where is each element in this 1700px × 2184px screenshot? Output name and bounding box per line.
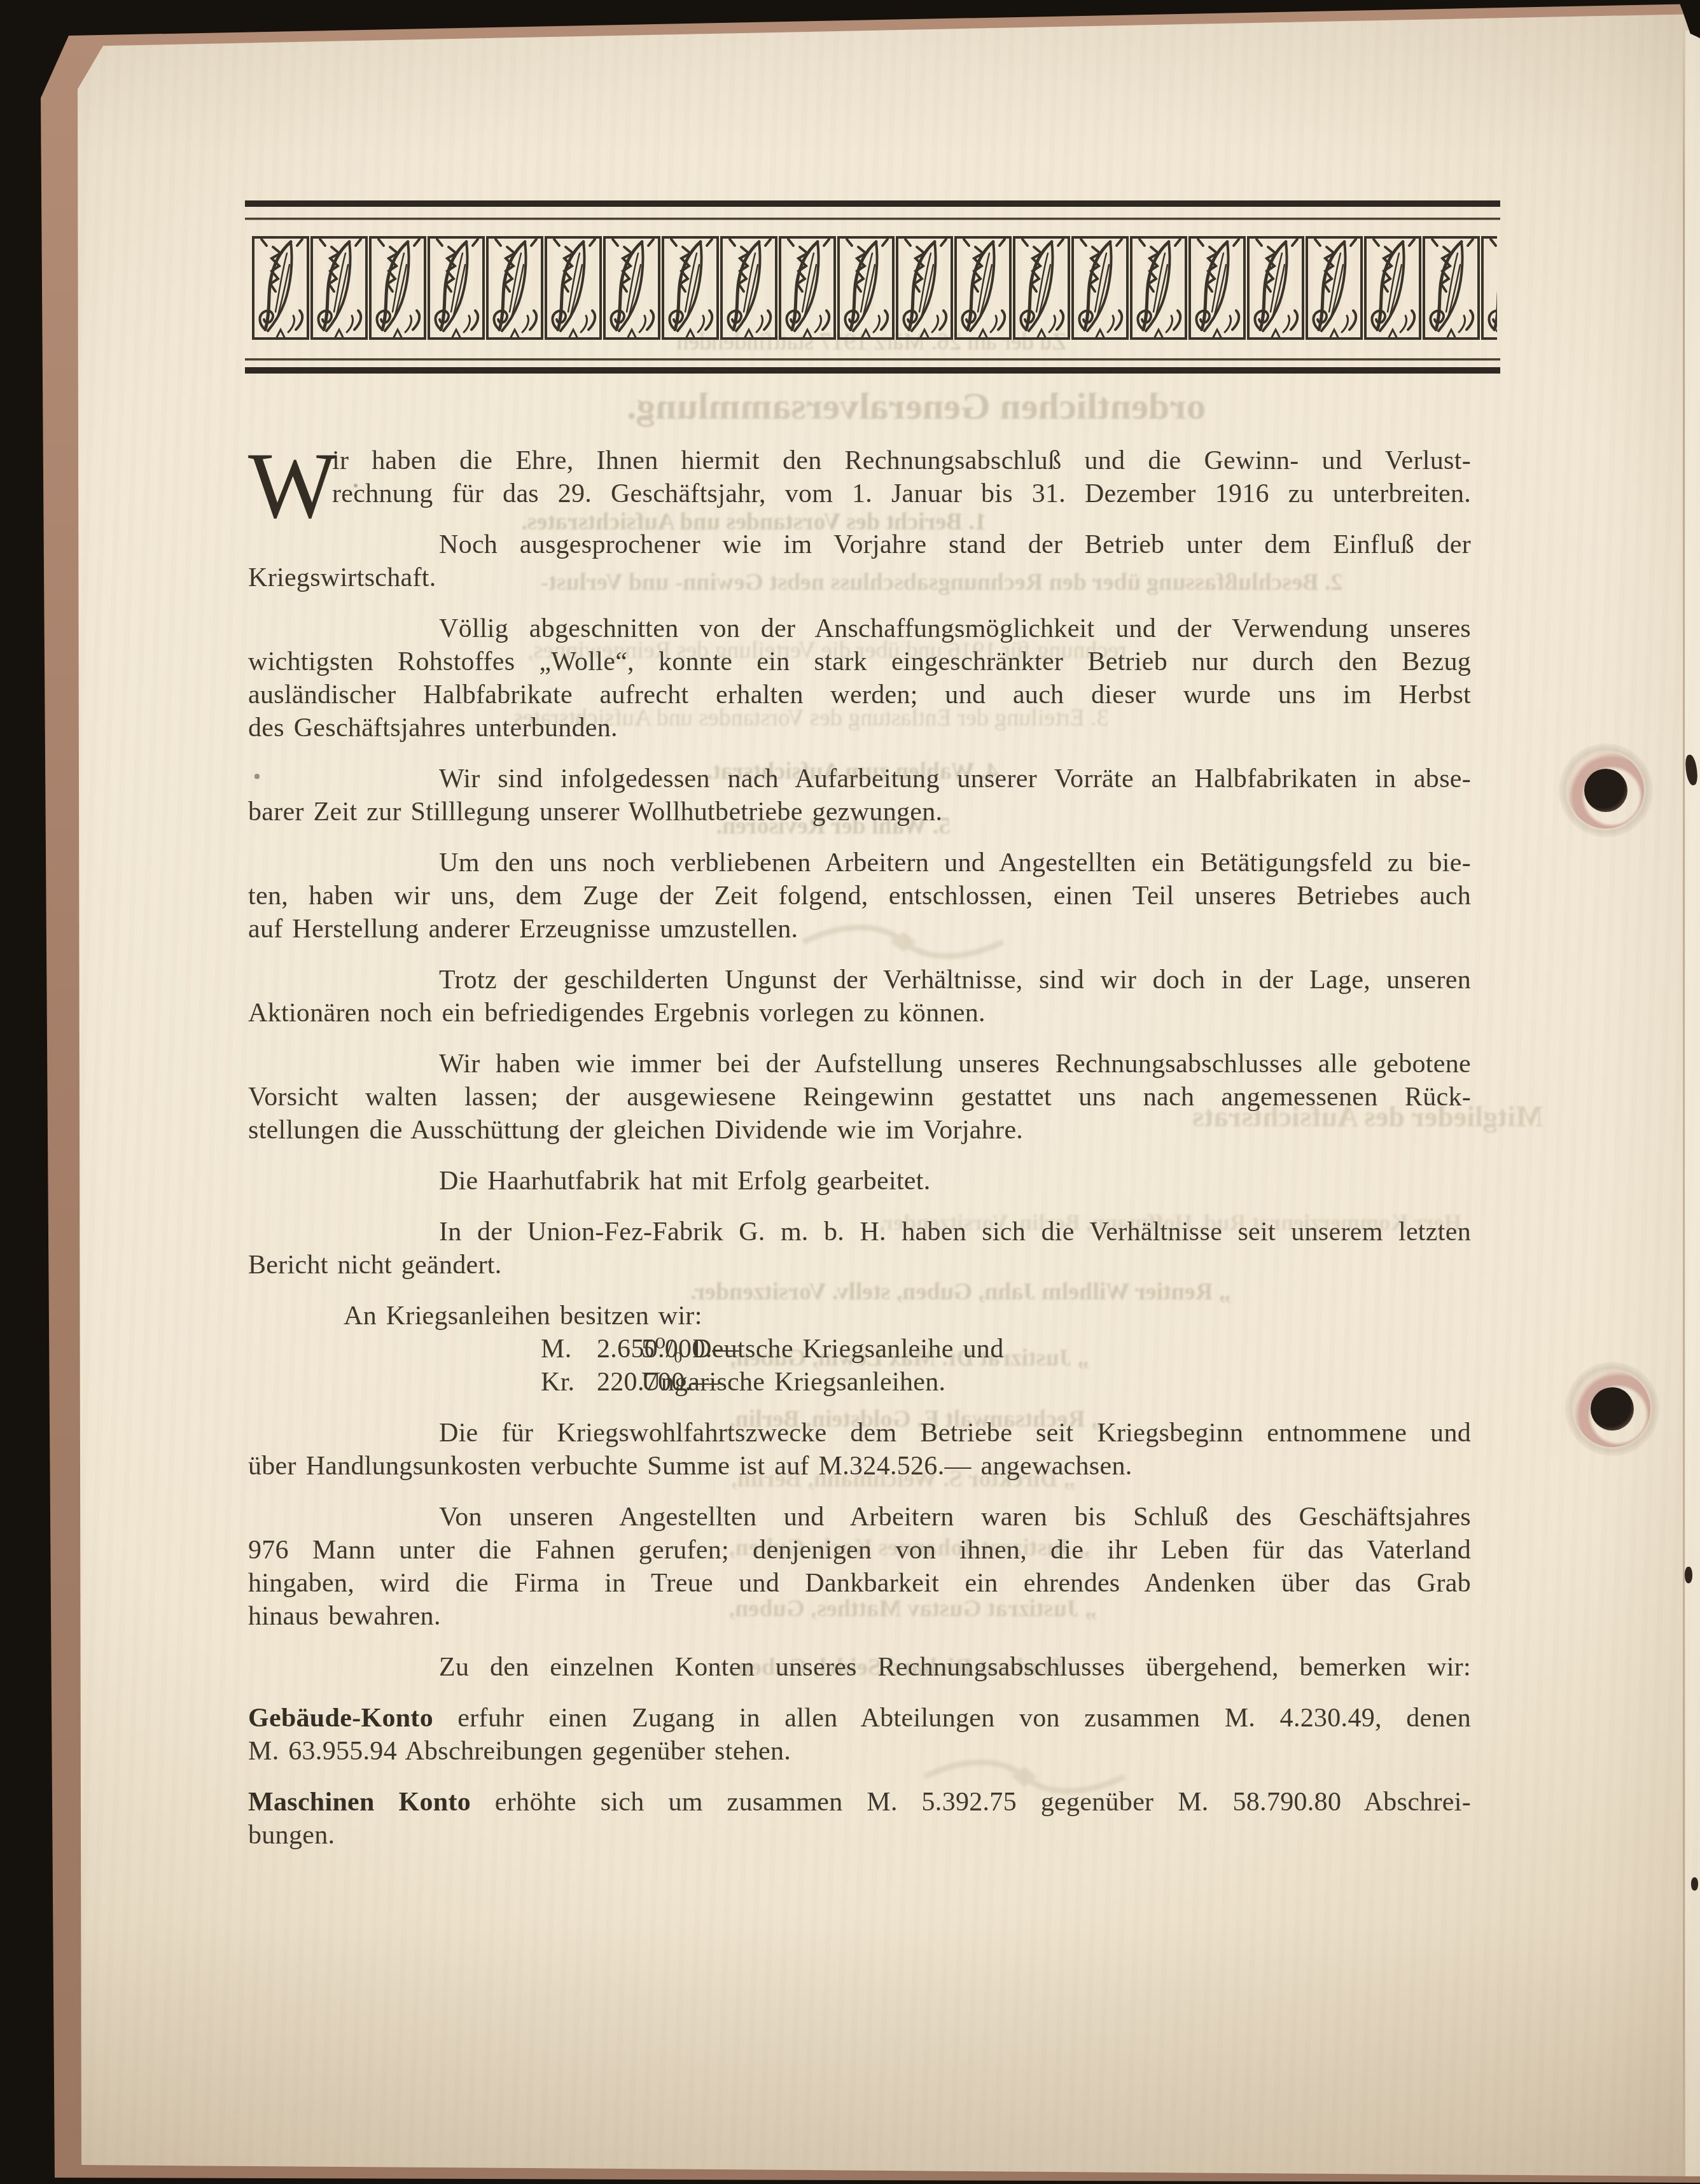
text-segment: Zu den einzelnen Konten unseres Rechnung…: [439, 1653, 1471, 1682]
text-line: barer Zeit zur Stilllegung unserer Wollh…: [248, 795, 1471, 829]
text-line: M.2.650.000.—5⁰/₀ Deutsche Kriegsanleihe…: [248, 1333, 1471, 1366]
account-name: Gebäude-Konto: [248, 1704, 433, 1733]
text-segment: Ungarische Kriegsanleihen.: [641, 1368, 945, 1397]
text-segment: wichtigsten Rohstoffes „Wolle“, konnte e…: [248, 647, 1471, 676]
paragraph: Um den uns noch verbliebenen Arbeitern u…: [248, 846, 1471, 946]
paragraph: Völlig abgeschnitten von der Anschaffung…: [248, 612, 1471, 745]
text-segment: des Geschäftsjahres unterbunden.: [248, 713, 618, 743]
text-line: des Geschäftsjahres unterbunden.: [248, 711, 1471, 745]
paragraph: Wir sind infolgedessen nach Aufarbeitung…: [248, 762, 1471, 829]
text-line: Die Haarhutfabrik hat mit Erfolg gearbei…: [248, 1165, 1471, 1198]
text-line: M. 63.955.94 Abschreibungen gegenüber st…: [248, 1735, 1471, 1768]
punch-hole-bottom: [1582, 1378, 1643, 1439]
text-line: Kriegswirtschaft.: [248, 561, 1471, 594]
text-line: Noch ausgesprochener wie im Vorjahre sta…: [248, 528, 1471, 561]
paragraph: An Kriegsanleihen besitzen wir:M.2.650.0…: [248, 1299, 1471, 1399]
account-name: Maschinen Konto: [248, 1788, 471, 1817]
text-line: ir haben die Ehre, Ihnen hiermit den Rec…: [332, 444, 1471, 477]
text-segment: Trotz der geschilderten Ungunst der Verh…: [439, 965, 1471, 995]
text-line: Maschinen Konto erhöhte sich um zusammen…: [248, 1786, 1471, 1819]
text-segment: 2.650.000.—: [450, 1333, 641, 1366]
paragraph: In der Union-Fez-Fabrik G. m. b. H. habe…: [248, 1215, 1471, 1282]
text-line: Zu den einzelnen Konten unseres Rechnung…: [248, 1651, 1471, 1684]
text-line: ten, haben wir uns, dem Zuge der Zeit fo…: [248, 879, 1471, 913]
text-segment: Kriegswirtschaft.: [248, 563, 436, 592]
text-segment: Wir sind infolgedessen nach Aufarbeitung…: [439, 764, 1471, 794]
text-segment: M.: [394, 1333, 450, 1366]
paragraph: Die für Kriegswohlfahrtszwecke dem Betri…: [248, 1417, 1471, 1483]
text-line: über Handlungsunkosten verbuchte Summe i…: [248, 1450, 1471, 1483]
text-segment: Aktionären noch ein befriedigendes Ergeb…: [248, 998, 986, 1028]
text-line: bungen.: [248, 1819, 1471, 1852]
text-segment: Von unseren Angestellten und Arbeitern w…: [439, 1502, 1471, 1532]
text-line: Vorsicht walten lassen; der ausgewiesene…: [248, 1081, 1471, 1114]
text-line: ausländischer Halbfabrikate aufrecht erh…: [248, 678, 1471, 711]
text-segment: 5⁰/₀ Deutsche Kriegsanleihe und: [641, 1334, 1003, 1364]
text-line: Kr.220.700.—Ungarische Kriegsanleihen.: [248, 1366, 1471, 1399]
text-line: stellungen die Ausschüttung der gleichen…: [248, 1114, 1471, 1147]
text-line: Wir haben wie immer bei der Aufstellung …: [248, 1047, 1471, 1081]
text-segment: ten, haben wir uns, dem Zuge der Zeit fo…: [248, 881, 1471, 911]
text-line: hinaus bewahren.: [248, 1600, 1471, 1633]
text-segment: M. 63.955.94 Abschreibungen gegenüber st…: [248, 1737, 791, 1766]
paragraph: Trotz der geschilderten Ungunst der Verh…: [248, 963, 1471, 1030]
text-line: An Kriegsanleihen besitzen wir:: [248, 1299, 1471, 1333]
text-segment: Vorsicht walten lassen; der ausgewiesene…: [248, 1082, 1471, 1112]
text-line: 976 Mann unter die Fahnen gerufen; denje…: [248, 1534, 1471, 1567]
ink-speck: [354, 484, 358, 487]
edge-mark: [1691, 1877, 1698, 1891]
text-segment: ausländischer Halbfabrikate aufrecht erh…: [248, 680, 1471, 710]
text-segment: Um den uns noch verbliebenen Arbeitern u…: [439, 848, 1471, 878]
text-line: rechnung für das 29. Geschäftsjahr, vom …: [332, 477, 1471, 510]
text-segment: 976 Mann unter die Fahnen gerufen; denje…: [248, 1536, 1471, 1565]
document-page: Zu der am 26. März 1917 stattfindendenor…: [0, 0, 1700, 2184]
punch-hole-top: [1575, 760, 1636, 821]
text-segment: 220.700.—: [450, 1366, 641, 1399]
text-segment: Kr.: [394, 1366, 450, 1399]
text-line: Völlig abgeschnitten von der Anschaffung…: [248, 612, 1471, 645]
text-line: wichtigsten Rohstoffes „Wolle“, konnte e…: [248, 645, 1471, 678]
paragraph: Gebäude-Konto erfuhr einen Zugang in all…: [248, 1702, 1471, 1768]
text-segment: hingaben, wird die Firma in Treue und Da…: [248, 1569, 1471, 1598]
text-line: hingaben, wird die Firma in Treue und Da…: [248, 1567, 1471, 1600]
text-segment: rechnung für das 29. Geschäftsjahr, vom …: [332, 479, 1471, 508]
text-segment: Wir haben wie immer bei der Aufstellung …: [439, 1049, 1471, 1079]
text-segment: In der Union-Fez-Fabrik G. m. b. H. habe…: [439, 1217, 1471, 1247]
ornament-frieze: [0, 0, 1700, 407]
text-line: Von unseren Angestellten und Arbeitern w…: [248, 1501, 1471, 1534]
ink-speck: [254, 774, 260, 779]
text-segment: erhöhte sich um zusammen M. 5.392.75 geg…: [471, 1788, 1471, 1817]
paragraph: Wir haben die Ehre, Ihnen hiermit den Re…: [248, 444, 1471, 510]
text-segment: auf Herstellung anderer Erzeugnisse umzu…: [248, 914, 798, 944]
paragraph: Wir haben wie immer bei der Aufstellung …: [248, 1047, 1471, 1147]
text-segment: Bericht nicht geändert.: [248, 1250, 502, 1280]
paragraph: Die Haarhutfabrik hat mit Erfolg gearbei…: [248, 1165, 1471, 1198]
paragraph: Zu den einzelnen Konten unseres Rechnung…: [248, 1651, 1471, 1684]
text-line: Aktionären noch ein befriedigendes Ergeb…: [248, 997, 1471, 1030]
paragraph: Noch ausgesprochener wie im Vorjahre sta…: [248, 528, 1471, 594]
scan-canvas: Zu der am 26. März 1917 stattfindendenor…: [0, 0, 1700, 2184]
text-line: Trotz der geschilderten Ungunst der Verh…: [248, 963, 1471, 997]
text-line: Die für Kriegswohlfahrtszwecke dem Betri…: [248, 1417, 1471, 1450]
page-edge-crease: [1683, 23, 1685, 2176]
text-line: In der Union-Fez-Fabrik G. m. b. H. habe…: [248, 1215, 1471, 1249]
text-segment: über Handlungsunkosten verbuchte Summe i…: [248, 1452, 1132, 1481]
text-line: Bericht nicht geändert.: [248, 1249, 1471, 1282]
text-line: Gebäude-Konto erfuhr einen Zugang in all…: [248, 1702, 1471, 1735]
adjacent-page-edge: [1685, 31, 1700, 2176]
drop-cap: W: [248, 448, 337, 525]
text-segment: Völlig abgeschnitten von der Anschaffung…: [439, 614, 1471, 643]
text-line: Wir sind infolgedessen nach Aufarbeitung…: [248, 762, 1471, 795]
edge-mark: [1685, 1567, 1692, 1583]
text-line: Um den uns noch verbliebenen Arbeitern u…: [248, 846, 1471, 879]
text-segment: erfuhr einen Zugang in allen Abteilungen…: [433, 1704, 1471, 1733]
paragraph: Maschinen Konto erhöhte sich um zusammen…: [248, 1786, 1471, 1852]
text-segment: Die Haarhutfabrik hat mit Erfolg gearbei…: [439, 1166, 931, 1196]
text-segment: Noch ausgesprochener wie im Vorjahre sta…: [439, 530, 1471, 559]
text-segment: bungen.: [248, 1821, 335, 1850]
text-segment: An Kriegsanleihen besitzen wir:: [344, 1301, 702, 1331]
text-segment: barer Zeit zur Stilllegung unserer Wollh…: [248, 797, 942, 827]
paragraph: Von unseren Angestellten und Arbeitern w…: [248, 1501, 1471, 1633]
text-column: Wir haben die Ehre, Ihnen hiermit den Re…: [248, 444, 1471, 1870]
text-segment: ir haben die Ehre, Ihnen hiermit den Rec…: [332, 446, 1471, 475]
text-line: auf Herstellung anderer Erzeugnisse umzu…: [248, 913, 1471, 946]
text-segment: Die für Kriegswohlfahrtszwecke dem Betri…: [439, 1418, 1471, 1448]
text-segment: hinaus bewahren.: [248, 1602, 441, 1631]
text-segment: stellungen die Ausschüttung der gleichen…: [248, 1116, 1023, 1145]
